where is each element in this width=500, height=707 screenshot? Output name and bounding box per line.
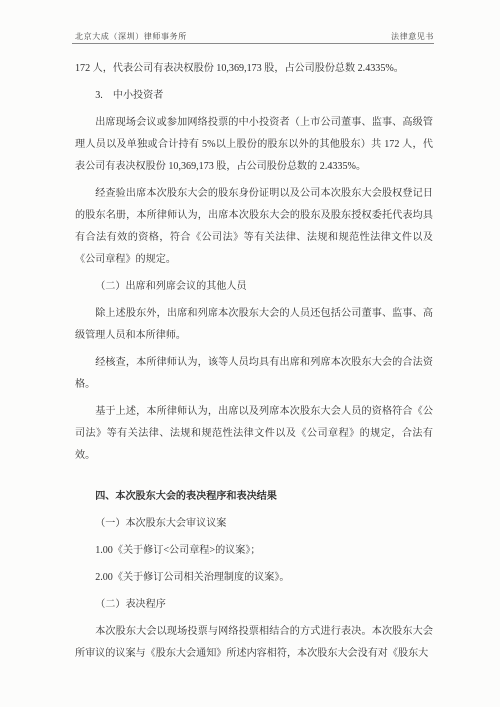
- list-item-proposal-1: 1.00《关于修订<公司章程>的议案》；: [75, 540, 433, 562]
- section-heading-voting-procedure: 四、本次股东大会的表决程序和表决结果: [75, 486, 433, 508]
- document-page: 北京大成（深圳）律师事务所 法律意见书 172 人，代表公司有表决权股份 10,…: [0, 0, 500, 707]
- subheading-other-attendees: （二）出席和列席会议的其他人员: [75, 276, 433, 298]
- paragraph-conclusion-qualification: 基于上述，本所律师认为，出席以及列席本次股东大会人员的资格符合《公司法》等有关法…: [75, 401, 433, 467]
- header-firm-name: 北京大成（深圳）律师事务所: [75, 31, 187, 42]
- paragraph-qualification-verification: 经查验出席本次股东大会的股东身份证明以及公司本次股东大会股权登记日的股东名册，本…: [75, 183, 433, 271]
- subheading-voting-process: （二）表决程序: [75, 594, 433, 616]
- list-item-minor-investors: 3. 中小投资者: [75, 85, 433, 107]
- paragraph-other-attendees: 除上述股东外，出席和列席本次股东大会的人员还包括公司董事、监事、高级管理人员和本…: [75, 303, 433, 347]
- list-item-proposal-2: 2.00《关于修订公司相关治理制度的议案》。: [75, 567, 433, 589]
- paragraph-voting-method: 本次股东大会以现场投票与网络投票相结合的方式进行表决。本次股东大会所审议的议案与…: [75, 621, 433, 665]
- subheading-reviewed-proposals: （一）本次股东大会审议议案: [75, 513, 433, 535]
- paragraph-minor-investors-detail: 出席现场会议或参加网络投票的中小投资者（上市公司董事、监事、高级管理人员以及单独…: [75, 112, 433, 178]
- header-doc-type: 法律意见书: [391, 31, 434, 42]
- header-divider: [72, 43, 434, 44]
- page-header: 北京大成（深圳）律师事务所 法律意见书: [75, 31, 434, 42]
- paragraph-vote-shares-continued: 172 人，代表公司有表决权股份 10,369,173 股，占公司股份总数 2.…: [75, 58, 433, 80]
- document-body: 172 人，代表公司有表决权股份 10,369,173 股，占公司股份总数 2.…: [75, 58, 433, 670]
- paragraph-verification-opinion: 经核查，本所律师认为，该等人员均具有出席和列席本次股东大会的合法资格。: [75, 352, 433, 396]
